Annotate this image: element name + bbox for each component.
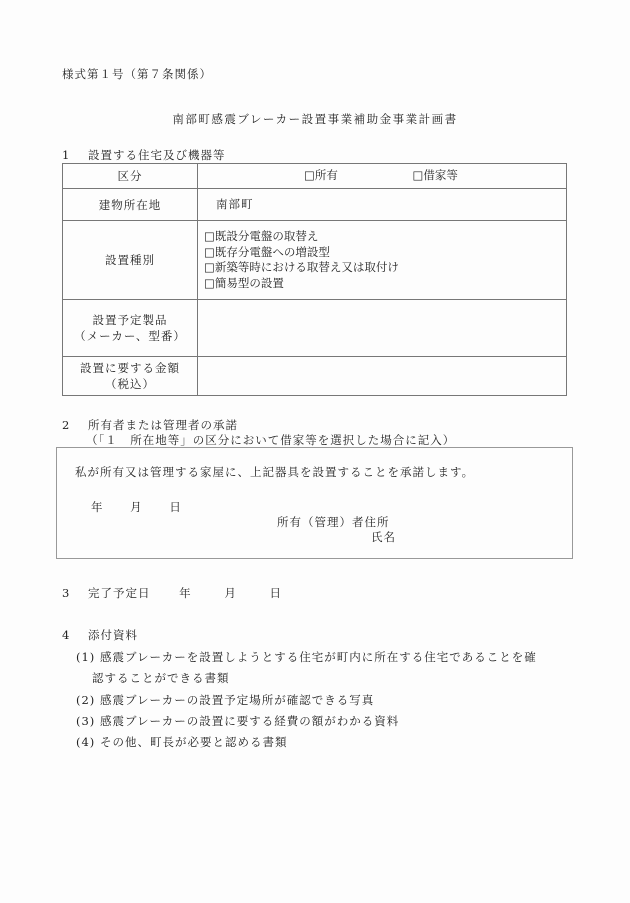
cost-value[interactable]	[198, 357, 567, 396]
section3-title: 完了予定日	[88, 586, 151, 600]
consent-day-label: 日	[169, 499, 181, 515]
document-title: 南部町感震ブレーカー設置事業補助金事業計画書	[0, 111, 630, 127]
consent-text: 私が所有又は管理する家屋に、上記器具を設置することを承諾します。	[75, 464, 474, 480]
product-label: 設置予定製品 （メーカー、型番）	[63, 300, 198, 357]
attachment-item-1: (1) 感震ブレーカーを設置しようとする住宅が町内に所在する住宅であることを確	[76, 649, 537, 665]
section1-number: 1	[62, 148, 88, 162]
section4-number: 4	[62, 628, 88, 642]
address-value[interactable]: 南部町	[198, 189, 567, 221]
checkbox-simple-type[interactable]: □簡易型の設置	[204, 276, 566, 292]
attachment-marker: (4)	[76, 735, 95, 749]
product-label-line1: 設置予定製品	[63, 312, 197, 328]
checkbox-rented[interactable]: □借家等	[413, 168, 458, 184]
attachment-text: 感震ブレーカーの設置に要する経費の額がわかる資料	[100, 714, 399, 728]
section1-title: 設置する住宅及び機器等	[88, 148, 226, 162]
equipment-table: 区分 □所有 □借家等 建物所在地 南部町 設置種別 □既設分電盤の取替え □既…	[62, 163, 567, 396]
attachment-text: その他、町長が必要と認める書類	[100, 735, 288, 749]
consent-box: 私が所有又は管理する家屋に、上記器具を設置することを承諾します。 年 月 日 所…	[56, 447, 573, 559]
attachment-marker: (2)	[76, 693, 95, 707]
address-label: 建物所在地	[63, 189, 198, 221]
category-options: □所有 □借家等	[198, 164, 567, 189]
attachment-marker: (3)	[76, 714, 95, 728]
form-number: 様式第１号（第７条関係）	[62, 66, 212, 82]
attachment-marker: (1)	[76, 650, 95, 664]
product-label-line2: （メーカー、型番）	[63, 328, 197, 344]
category-label: 区分	[63, 164, 198, 189]
cost-label: 設置に要する金額 （税込）	[63, 357, 198, 396]
checkbox-new-construction[interactable]: □新築等時における取替え又は取付け	[204, 260, 566, 276]
section4-heading: 4添付資料	[62, 627, 138, 643]
section2-title: 所有者または管理者の承諾	[88, 418, 238, 432]
install-type-label: 設置種別	[63, 221, 198, 300]
completion-day-label: 日	[269, 586, 282, 600]
checkbox-replace-existing[interactable]: □既設分電盤の取替え	[204, 229, 566, 245]
attachment-item-1-cont: 認することができる書類	[92, 670, 230, 686]
section1-heading: 1設置する住宅及び機器等	[62, 147, 226, 163]
section2-number: 2	[62, 418, 88, 432]
attachment-text: 感震ブレーカーの設置予定場所が確認できる写真	[100, 693, 374, 707]
section2-heading: 2所有者または管理者の承諾	[62, 417, 238, 433]
completion-year-label: 年	[179, 586, 192, 600]
owner-address-label: 所有（管理）者住所	[277, 514, 390, 530]
section2-note: （「１ 所在地等」の区分において借家等を選択した場合に記入）	[86, 432, 455, 448]
checkbox-owned[interactable]: □所有	[304, 168, 338, 184]
section3-heading: 3完了予定日 年 月 日	[62, 585, 282, 601]
install-type-options: □既設分電盤の取替え □既存分電盤への増設型 □新築等時における取替え又は取付け…	[198, 221, 567, 300]
table-row-product: 設置予定製品 （メーカー、型番）	[63, 300, 567, 357]
table-row-install-type: 設置種別 □既設分電盤の取替え □既存分電盤への増設型 □新築等時における取替え…	[63, 221, 567, 300]
consent-date: 年 月 日	[91, 499, 181, 515]
section4-title: 添付資料	[88, 628, 138, 642]
attachment-item-2: (2) 感震ブレーカーの設置予定場所が確認できる写真	[76, 692, 374, 708]
checkbox-add-to-existing[interactable]: □既存分電盤への増設型	[204, 245, 566, 261]
cost-label-line1: 設置に要する金額	[63, 360, 197, 376]
table-row-cost: 設置に要する金額 （税込）	[63, 357, 567, 396]
section3-number: 3	[62, 586, 88, 600]
cost-label-line2: （税込）	[63, 376, 197, 392]
consent-month-label: 月	[130, 499, 142, 515]
attachment-text: 感震ブレーカーを設置しようとする住宅が町内に所在する住宅であることを確	[100, 650, 537, 664]
consent-year-label: 年	[91, 499, 103, 515]
completion-month-label: 月	[224, 586, 237, 600]
table-row-category: 区分 □所有 □借家等	[63, 164, 567, 189]
table-row-address: 建物所在地 南部町	[63, 189, 567, 221]
attachment-item-4: (4) その他、町長が必要と認める書類	[76, 734, 287, 750]
owner-name-label: 氏名	[371, 529, 396, 545]
product-value[interactable]	[198, 300, 567, 357]
attachment-item-3: (3) 感震ブレーカーの設置に要する経費の額がわかる資料	[76, 713, 399, 729]
